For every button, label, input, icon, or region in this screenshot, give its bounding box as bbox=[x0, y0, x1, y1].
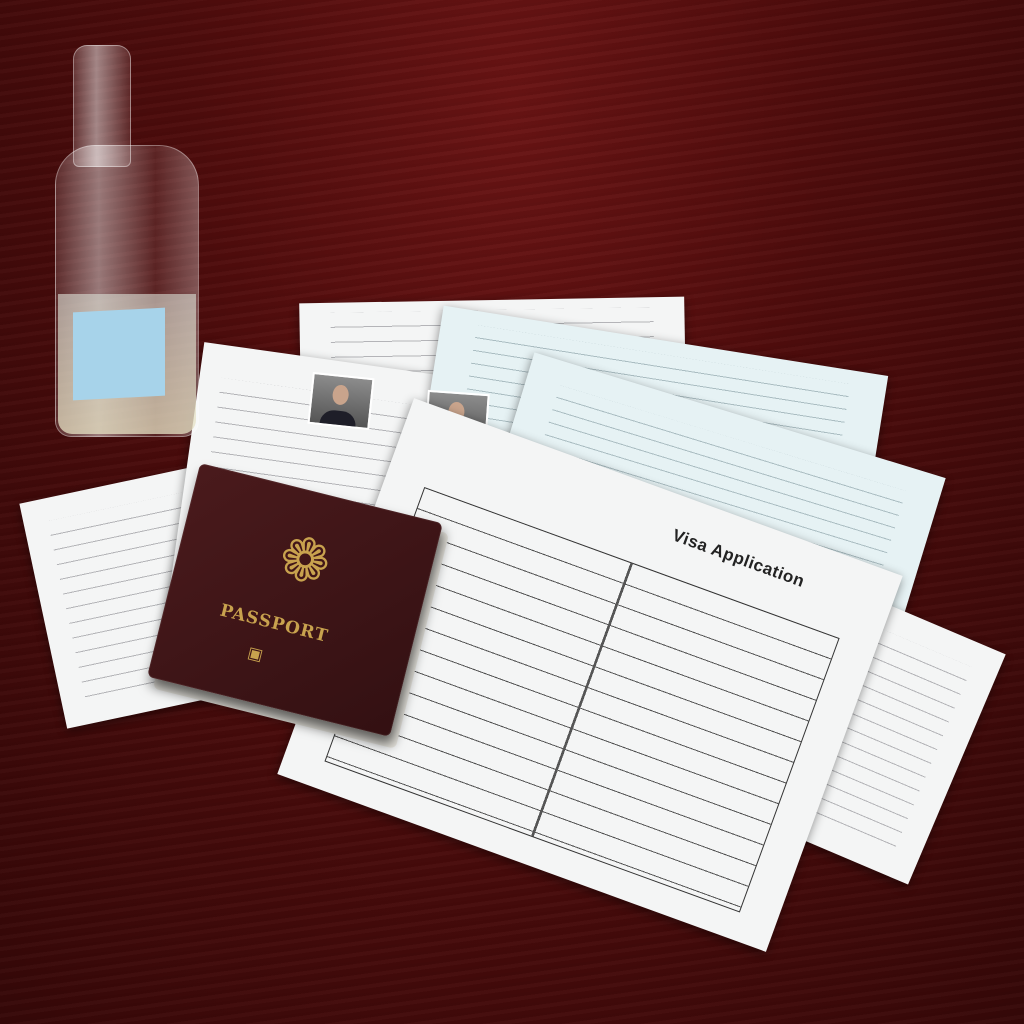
passport-cover-text: PASSPORT bbox=[218, 601, 331, 647]
chip-symbol-icon: ▣ bbox=[246, 642, 266, 665]
id-photo bbox=[307, 372, 374, 430]
bottle-neck bbox=[73, 45, 131, 167]
bottle-label bbox=[73, 308, 165, 401]
visa-form-title: Visa Application bbox=[669, 526, 807, 592]
glass-bottle bbox=[55, 45, 200, 440]
eagle-emblem-icon: ❁ bbox=[242, 509, 368, 613]
